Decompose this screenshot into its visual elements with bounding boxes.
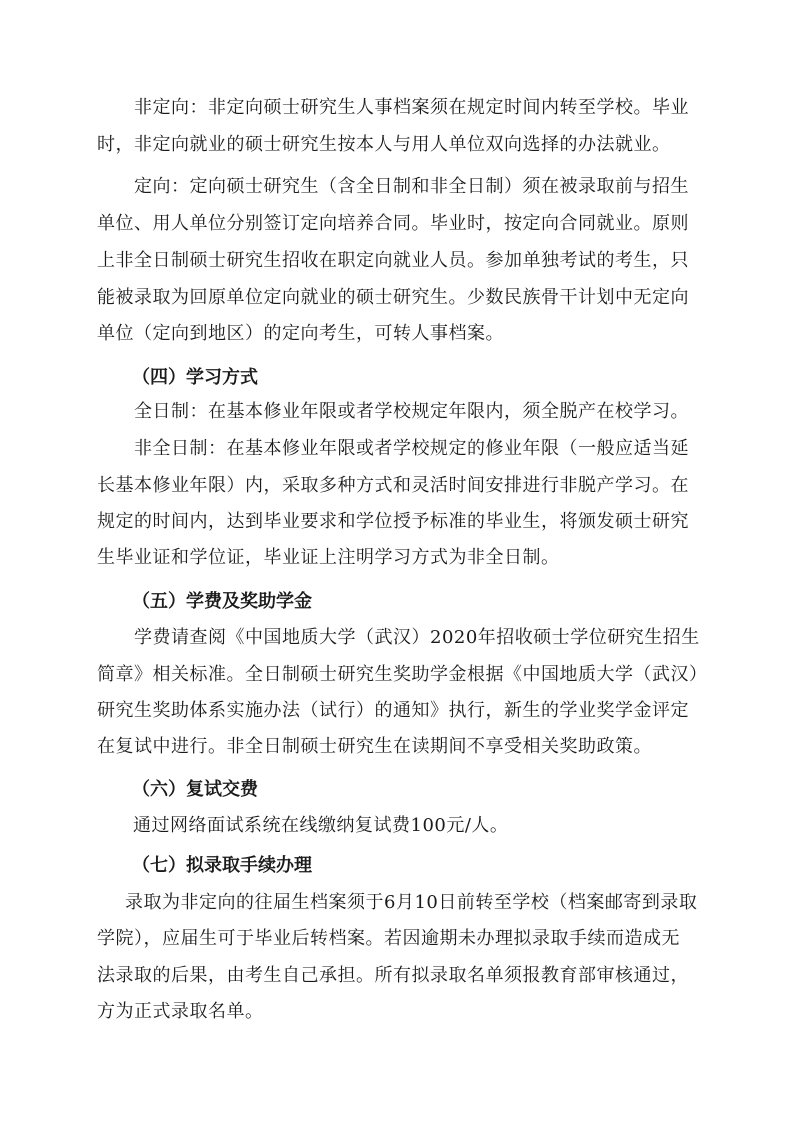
paragraph-line: 非定向：非定向硕士研究生人事档案须在规定时间内转至学校。毕业 [134, 96, 734, 120]
paragraph-line: 生毕业证和学位证，毕业证上注明学习方式为非全日制。 [97, 546, 697, 570]
paragraph-line: 研究生奖助体系实施办法（试行）的通知》执行，新生的学业奖学金评定 [97, 699, 697, 723]
paragraph-line: 学院），应届生可于毕业后转档案。若因逾期未办理拟录取手续而造成无 [97, 927, 697, 951]
paragraph-line: 上非全日制硕士研究生招收在职定向就业人员。参加单独考试的考生，只 [97, 249, 697, 273]
document-page: 非定向：非定向硕士研究生人事档案须在规定时间内转至学校。毕业 时，非定向就业的硕… [0, 0, 793, 1122]
paragraph-line: 单位、用人单位分别签订定向培养合同。毕业时，按定向合同就业。原则 [97, 212, 697, 236]
paragraph-line: 录取为非定向的往届生档案须于6月10日前转至学校（档案邮寄到录取 [125, 891, 725, 915]
section-heading: （五）学费及奖助学金 [132, 590, 312, 614]
section-heading: （七）拟录取手续办理 [132, 854, 312, 878]
paragraph-line: 方为正式录取名单。 [97, 1000, 697, 1024]
paragraph-line: 定向：定向硕士研究生（含全日制和非全日制）须在被录取前与招生 [134, 175, 734, 199]
paragraph-line: 学费请查阅《中国地质大学（武汉）2020年招收硕士学位研究生招生 [134, 626, 734, 650]
section-heading: （六）复试交费 [132, 778, 258, 802]
paragraph-line: 非全日制：在基本修业年限或者学校规定的修业年限（一般应适当延 [134, 437, 734, 461]
paragraph-line: 在复试中进行。非全日制硕士研究生在读期间不享受相关奖助政策。 [97, 735, 697, 759]
paragraph-line: 规定的时间内，达到毕业要求和学位授予标准的毕业生，将颁发硕士研究 [97, 510, 697, 534]
paragraph-line: 时，非定向就业的硕士研究生按本人与用人单位双向选择的办法就业。 [97, 133, 697, 157]
paragraph-line: 全日制：在基本修业年限或者学校规定年限内，须全脱产在校学习。 [134, 400, 734, 424]
paragraph-line: 能被录取为回原单位定向就业的硕士研究生。少数民族骨干计划中无定向 [97, 286, 697, 310]
section-heading: （四）学习方式 [132, 366, 258, 390]
paragraph-line: 简章》相关标准。全日制硕士研究生奖助学金根据《中国地质大学（武汉） [97, 663, 697, 687]
paragraph-line: 法录取的后果，由考生自己承担。所有拟录取名单须报教育部审核通过， [97, 964, 697, 988]
paragraph-line: 通过网络面试系统在线缴纳复试费100元/人。 [133, 814, 733, 838]
paragraph-line: 长基本修业年限）内，采取多种方式和灵活时间安排进行非脱产学习。在 [97, 474, 697, 498]
paragraph-line: 单位（定向到地区）的定向考生，可转人事档案。 [97, 322, 697, 346]
